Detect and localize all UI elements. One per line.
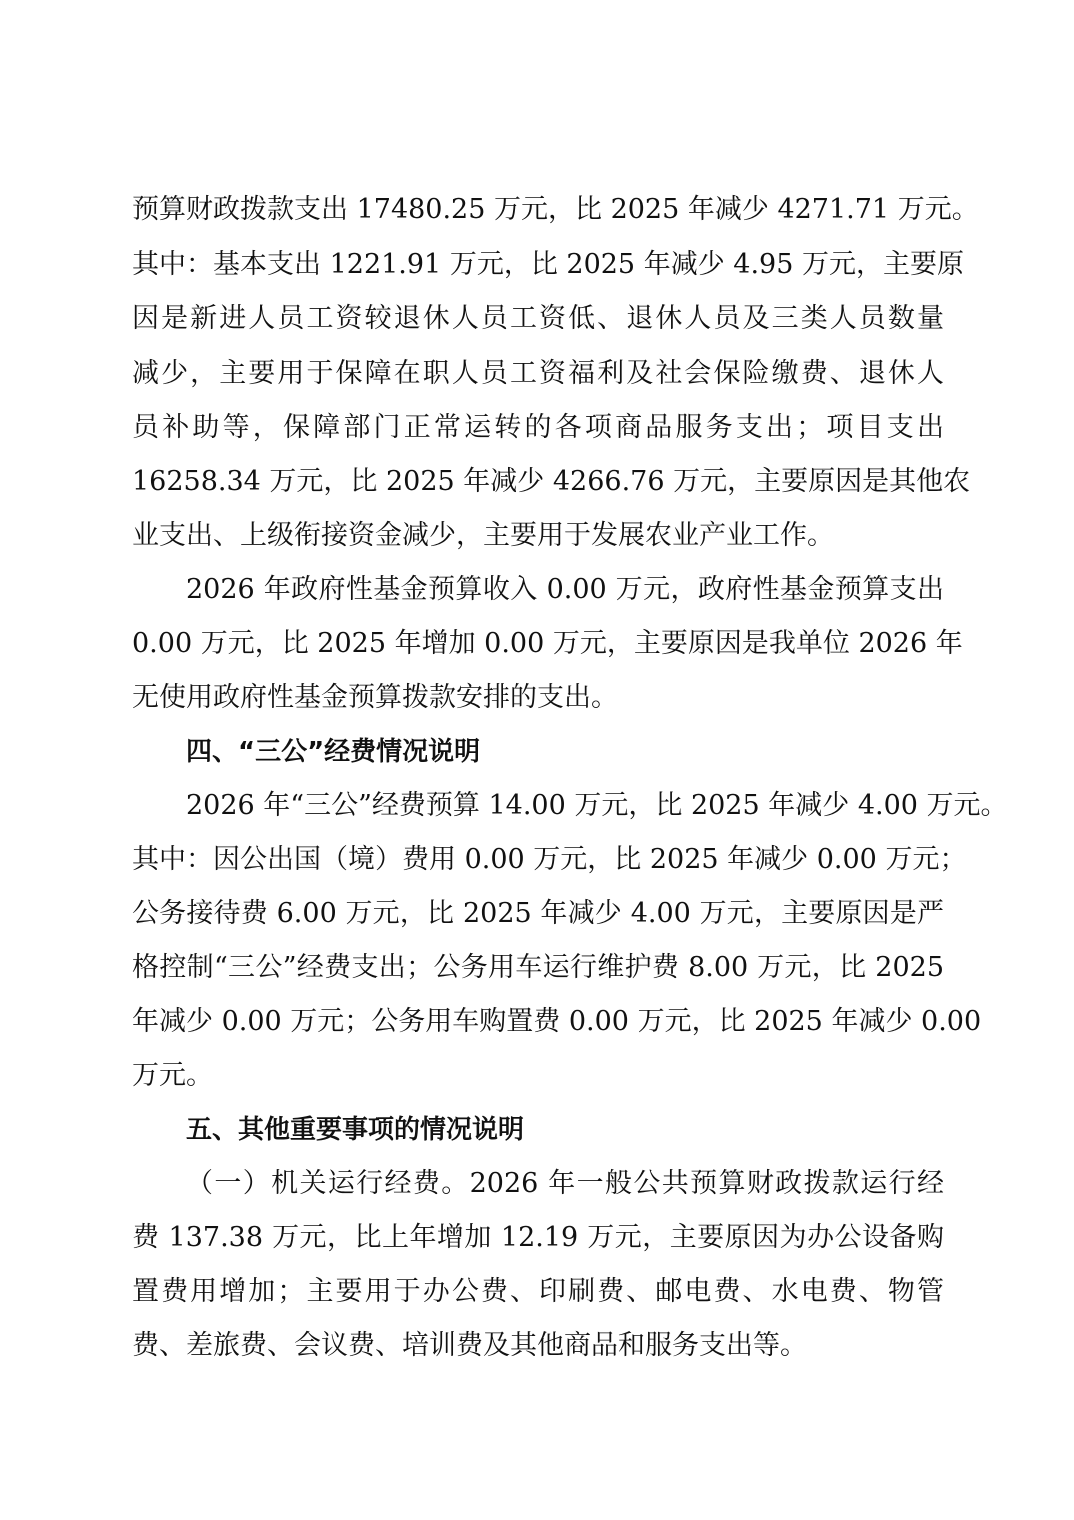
text-line: 置费用增加；主要用于办公费、印刷费、邮电费、水电费、物管 bbox=[132, 1275, 944, 1309]
text-line: 2026 年政府性基金预算收入 0.00 万元，政府性基金预算支出 bbox=[186, 573, 944, 607]
text-line: 0.00 万元，比 2025 年增加 0.00 万元，主要原因是我单位 2026… bbox=[132, 627, 944, 661]
text-line: 费 137.38 万元，比上年增加 12.19 万元，主要原因为办公设备购 bbox=[132, 1221, 944, 1255]
text-line: 万元。 bbox=[132, 1059, 944, 1093]
text-line: 减少，主要用于保障在职人员工资福利及社会保险缴费、退休人 bbox=[132, 357, 944, 391]
section-heading: 五、其他重要事项的情况说明 bbox=[186, 1113, 524, 1147]
text-line: 公务接待费 6.00 万元，比 2025 年减少 4.00 万元，主要原因是严 bbox=[132, 897, 944, 931]
text-line: （一）机关运行经费。2026 年一般公共预算财政拨款运行经 bbox=[186, 1167, 944, 1201]
text-line: 员补助等，保障部门正常运转的各项商品服务支出；项目支出 bbox=[132, 411, 944, 445]
text-line: 因是新进人员工资较退休人员工资低、退休人员及三类人员数量 bbox=[132, 302, 944, 336]
text-line: 格控制“三公”经费支出；公务用车运行维护费 8.00 万元，比 2025 bbox=[132, 951, 944, 985]
text-line: 业支出、上级衔接资金减少，主要用于发展农业产业工作。 bbox=[132, 519, 944, 553]
text-line: 年减少 0.00 万元；公务用车购置费 0.00 万元，比 2025 年减少 0… bbox=[132, 1005, 944, 1039]
text-line: 其中：基本支出 1221.91 万元，比 2025 年减少 4.95 万元，主要… bbox=[132, 248, 944, 282]
text-line: 16258.34 万元，比 2025 年减少 4266.76 万元，主要原因是其… bbox=[132, 465, 944, 499]
section-heading: 四、“三公”经费情况说明 bbox=[186, 735, 480, 769]
text-line: 其中：因公出国（境）费用 0.00 万元，比 2025 年减少 0.00 万元； bbox=[132, 843, 944, 877]
text-line: 无使用政府性基金预算拨款安排的支出。 bbox=[132, 681, 944, 715]
text-line: 预算财政拨款支出 17480.25 万元，比 2025 年减少 4271.71 … bbox=[132, 193, 944, 227]
text-line: 费、差旅费、会议费、培训费及其他商品和服务支出等。 bbox=[132, 1329, 944, 1363]
text-line: 2026 年“三公”经费预算 14.00 万元，比 2025 年减少 4.00 … bbox=[186, 789, 944, 823]
